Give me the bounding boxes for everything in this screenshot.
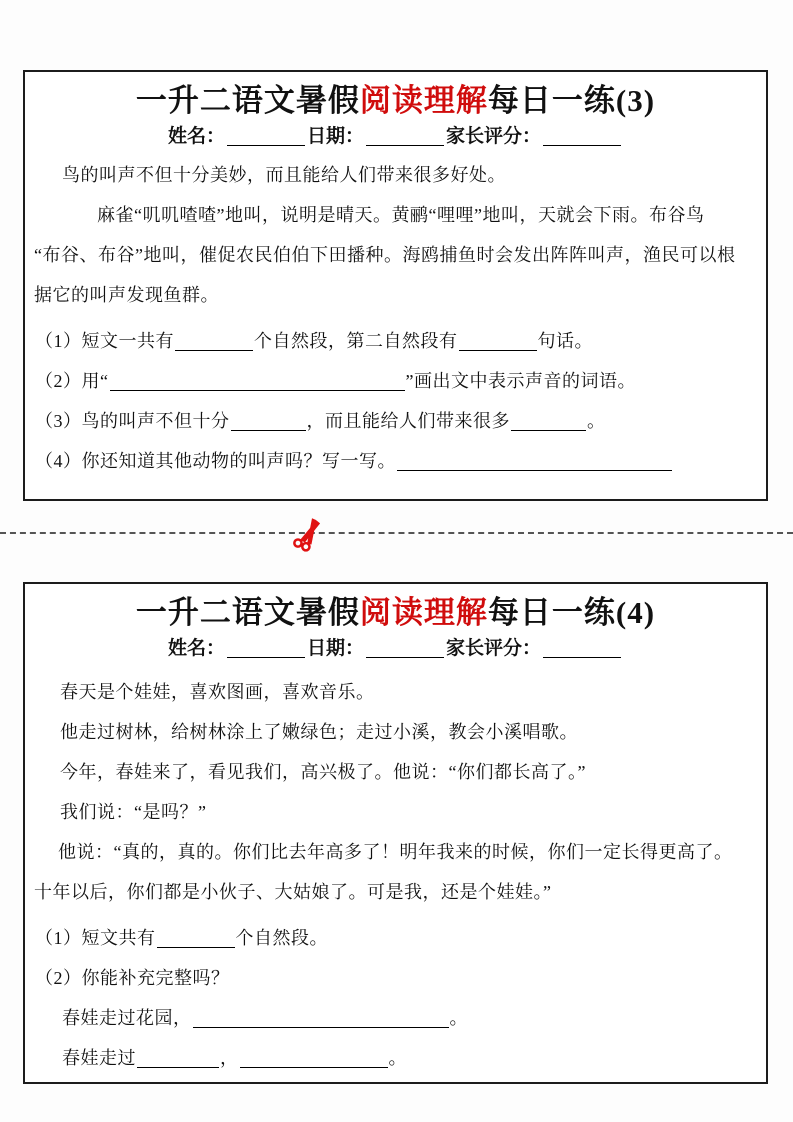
answer-blank xyxy=(366,140,444,146)
text-segment: 日期： xyxy=(307,638,364,659)
text-line: 我们说：“是吗？” xyxy=(34,792,756,832)
meta-line: 姓名：日期：家长评分： xyxy=(25,124,766,150)
text-line: 据它的叫声发现鱼群。 xyxy=(34,275,756,315)
title-prefix: 一升二语文暑假 xyxy=(136,83,360,118)
text-segment: 家长评分： xyxy=(446,638,541,659)
answer-blank xyxy=(110,385,405,391)
text-line: （2）用“”画出文中表示声音的词语。 xyxy=(34,361,756,401)
text-line: （3）鸟的叫声不但十分，而且能给人们带来很多。 xyxy=(34,401,756,441)
scissors-icon xyxy=(290,514,326,552)
text-segment: （2）用“ xyxy=(35,371,109,391)
worksheet-box-2: 一升二语文暑假阅读理解每日一练(4) 姓名：日期：家长评分： 春天是个娃娃，喜欢… xyxy=(23,582,768,1084)
text-line: 春娃走过，。 xyxy=(34,1038,756,1078)
text-segment: 个自然段，第二自然段有 xyxy=(254,331,458,351)
text-line: （2）你能补充完整吗？ xyxy=(34,958,756,998)
text-line: 十年以后，你们都是小伙子、大姑娘了。可是我，还是个娃娃。” xyxy=(34,872,756,912)
text-segment: 今年，春娃来了，看见我们，高兴极了。他说：“你们都长高了。” xyxy=(60,762,586,782)
worksheet-title: 一升二语文暑假阅读理解每日一练(4) xyxy=(25,594,766,632)
answer-blank xyxy=(227,652,305,658)
meta-line: 姓名：日期：家长评分： xyxy=(25,636,766,662)
text-segment: 我们说：“是吗？” xyxy=(60,802,206,822)
text-line: 他说：“真的，真的。你们比去年高多了！明年我来的时候，你们一定长得更高了。 xyxy=(34,832,756,872)
text-segment: 。 xyxy=(450,1008,469,1028)
title-suffix: 每日一练(4) xyxy=(488,595,655,630)
worksheet-content: 春天是个娃娃，喜欢图画，喜欢音乐。他走过树林，给树林涂上了嫩绿色；走过小溪，教会… xyxy=(25,672,766,1078)
text-segment: 春天是个娃娃，喜欢图画，喜欢音乐。 xyxy=(60,682,375,702)
answer-blank xyxy=(459,345,537,351)
answer-blank xyxy=(543,652,621,658)
answer-blank xyxy=(397,465,672,471)
text-segment: 姓名： xyxy=(168,126,225,147)
text-segment: 日期： xyxy=(307,126,364,147)
text-line: （1）短文共有个自然段。 xyxy=(34,918,756,958)
title-highlight: 阅读理解 xyxy=(360,83,488,118)
text-segment: （1）短文共有 xyxy=(35,928,156,948)
text-segment: 姓名： xyxy=(168,638,225,659)
text-segment: 春娃走过花园， xyxy=(62,1008,192,1028)
text-segment: “布谷、布谷”地叫，催促农民伯伯下田播种。海鸥捕鱼时会发出阵阵叫声，渔民可以根 xyxy=(34,245,735,265)
cut-line xyxy=(0,532,793,534)
text-line: （1）短文一共有个自然段，第二自然段有句话。 xyxy=(34,321,756,361)
text-line: （4）你还知道其他动物的叫声吗？写一写。 xyxy=(34,441,756,481)
title-prefix: 一升二语文暑假 xyxy=(136,595,360,630)
text-line: 今年，春娃来了，看见我们，高兴极了。他说：“你们都长高了。” xyxy=(34,752,756,792)
text-segment: （4）你还知道其他动物的叫声吗？写一写。 xyxy=(35,451,396,471)
text-line: “布谷、布谷”地叫，催促农民伯伯下田播种。海鸥捕鱼时会发出阵阵叫声，渔民可以根 xyxy=(34,235,756,275)
title-suffix: 每日一练(3) xyxy=(488,83,655,118)
text-segment: 鸟的叫声不但十分美妙，而且能给人们带来很多好处。 xyxy=(62,165,506,185)
text-segment: ， xyxy=(220,1048,239,1068)
text-segment: （3）鸟的叫声不但十分 xyxy=(35,411,230,431)
worksheet-box-1: 一升二语文暑假阅读理解每日一练(3) 姓名：日期：家长评分： 鸟的叫声不但十分美… xyxy=(23,70,768,501)
text-segment: 句话。 xyxy=(538,331,594,351)
text-line: 春娃走过花园，。 xyxy=(34,998,756,1038)
text-segment: ，而且能给人们带来很多 xyxy=(307,411,511,431)
answer-blank xyxy=(543,140,621,146)
text-line: 鸟的叫声不但十分美妙，而且能给人们带来很多好处。 xyxy=(34,155,756,195)
worksheet-page: 一升二语文暑假阅读理解每日一练(3) 姓名：日期：家长评分： 鸟的叫声不但十分美… xyxy=(0,0,793,1122)
text-line: 他走过树林，给树林涂上了嫩绿色；走过小溪，教会小溪唱歌。 xyxy=(34,712,756,752)
text-segment: ”画出文中表示声音的词语。 xyxy=(406,371,637,391)
text-segment: 他走过树林，给树林涂上了嫩绿色；走过小溪，教会小溪唱歌。 xyxy=(60,722,578,742)
answer-blank xyxy=(240,1062,388,1068)
text-segment: （2）你能补充完整吗？ xyxy=(35,968,230,988)
answer-blank xyxy=(157,942,235,948)
text-segment: 个自然段。 xyxy=(236,928,329,948)
text-segment: 春娃走过 xyxy=(62,1048,136,1068)
text-segment: （1）短文一共有 xyxy=(35,331,174,351)
text-line: 春天是个娃娃，喜欢图画，喜欢音乐。 xyxy=(34,672,756,712)
answer-blank xyxy=(227,140,305,146)
text-segment: 。 xyxy=(389,1048,408,1068)
text-segment: 麻雀“叽叽喳喳”地叫，说明是晴天。黄鹂“哩哩”地叫，天就会下雨。布谷鸟 xyxy=(97,205,704,225)
worksheet-content: 鸟的叫声不但十分美妙，而且能给人们带来很多好处。麻雀“叽叽喳喳”地叫，说明是晴天… xyxy=(25,155,766,481)
answer-blank xyxy=(511,425,586,431)
text-line: 麻雀“叽叽喳喳”地叫，说明是晴天。黄鹂“哩哩”地叫，天就会下雨。布谷鸟 xyxy=(34,195,756,235)
worksheet-title: 一升二语文暑假阅读理解每日一练(3) xyxy=(25,82,766,120)
answer-blank xyxy=(137,1062,219,1068)
text-segment: 家长评分： xyxy=(446,126,541,147)
text-segment: 十年以后，你们都是小伙子、大姑娘了。可是我，还是个娃娃。” xyxy=(34,882,552,902)
answer-blank xyxy=(231,425,306,431)
answer-blank xyxy=(175,345,253,351)
title-highlight: 阅读理解 xyxy=(360,595,488,630)
text-segment: 他说：“真的，真的。你们比去年高多了！明年我来的时候，你们一定长得更高了。 xyxy=(58,842,733,862)
meta-row: 姓名：日期：家长评分： xyxy=(25,124,766,150)
answer-blank xyxy=(193,1022,449,1028)
text-segment: 据它的叫声发现鱼群。 xyxy=(34,285,219,305)
text-segment: 。 xyxy=(587,411,606,431)
meta-row: 姓名：日期：家长评分： xyxy=(25,636,766,662)
answer-blank xyxy=(366,652,444,658)
